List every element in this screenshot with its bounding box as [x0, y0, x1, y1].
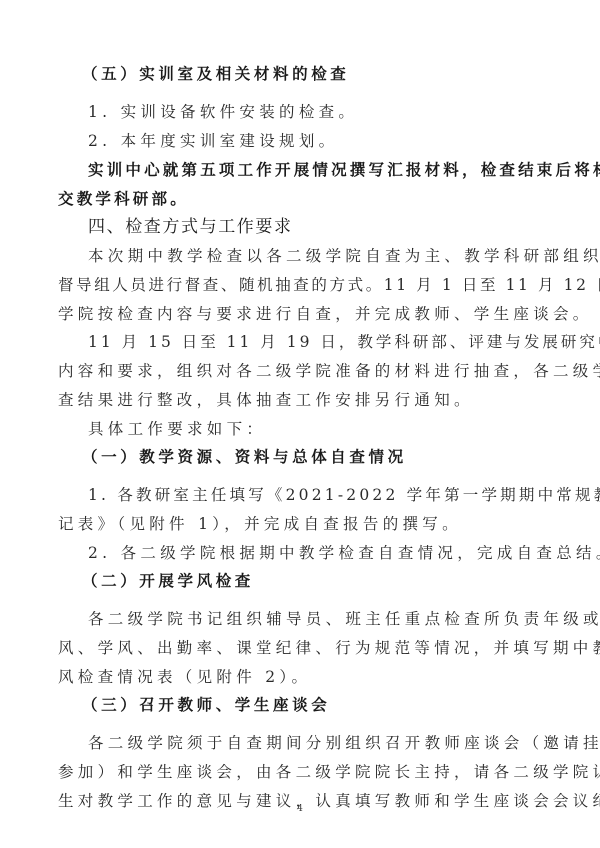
- paragraph-line: 学院按检查内容与要求进行自查，并完成教师、学生座谈会。: [58, 303, 544, 325]
- paragraph-line: 风、学风、出勤率、课堂纪律、行为规范等情况，并填写期中教学检查学: [58, 637, 544, 659]
- section-heading-5: （五）实训室及相关材料的检查: [82, 63, 568, 85]
- section-heading-1: （一）教学资源、资料与总体自查情况: [82, 446, 568, 468]
- document-page: （五）实训室及相关材料的检查 1. 实训设备软件安装的检查。 2. 本年度实训室…: [0, 0, 600, 848]
- paragraph-line: 参加）和学生座谈会，由各二级学院院长主持，请各二级学院认真听取师: [58, 761, 544, 783]
- section-heading-3: （三）召开教师、学生座谈会: [82, 694, 568, 716]
- list-item: 1. 实训设备软件安装的检查。: [88, 101, 544, 123]
- chapter-heading-4: 四、检查方式与工作要求: [88, 216, 574, 238]
- paragraph-line: 内容和要求，组织对各二级学院准备的材料进行抽查，各二级学院根据抽: [58, 360, 544, 382]
- paragraph-line: 交教学科研部。: [58, 188, 544, 210]
- paragraph-line: 查结果进行整改，具体抽查工作安排另行通知。: [58, 389, 544, 411]
- paragraph-line: 实训中心就第五项工作开展情况撰写汇报材料，检查结束后将材料提: [88, 159, 544, 181]
- list-item: 1. 各教研室主任填写《2021-2022 学年第一学期期中常规教学检查登: [88, 484, 544, 506]
- list-item: 2. 各二级学院根据期中教学检查自查情况，完成自查总结。: [88, 542, 544, 564]
- paragraph-line: 本次期中教学检查以各二级学院自查为主、教学科研部组织校级教学: [88, 245, 544, 267]
- paragraph-line: 各二级学院书记组织辅导员、班主任重点检查所负责年级或班级的班: [88, 608, 544, 630]
- section-heading-2: （二）开展学风检查: [82, 570, 568, 592]
- paragraph-line: 11 月 15 日至 11 月 19 日，教学科研部、评建与发展研究中心按检查: [88, 331, 544, 353]
- paragraph-line: 督导组人员进行督查、随机抽查的方式。11 月 1 日至 11 月 12 日，各二…: [58, 274, 544, 296]
- paragraph-line: 各二级学院须于自查期间分别组织召开教师座谈会（邀请挂点校领导: [88, 732, 544, 754]
- list-item: 记表》（见附件 1），并完成自查报告的撰写。: [58, 513, 544, 535]
- paragraph-line: 具体工作要求如下：: [88, 418, 544, 440]
- page-number: 4: [0, 804, 600, 814]
- paragraph-line: 风检查情况表（见附件 2）。: [58, 666, 544, 688]
- list-item: 2. 本年度实训室建设规划。: [88, 130, 544, 152]
